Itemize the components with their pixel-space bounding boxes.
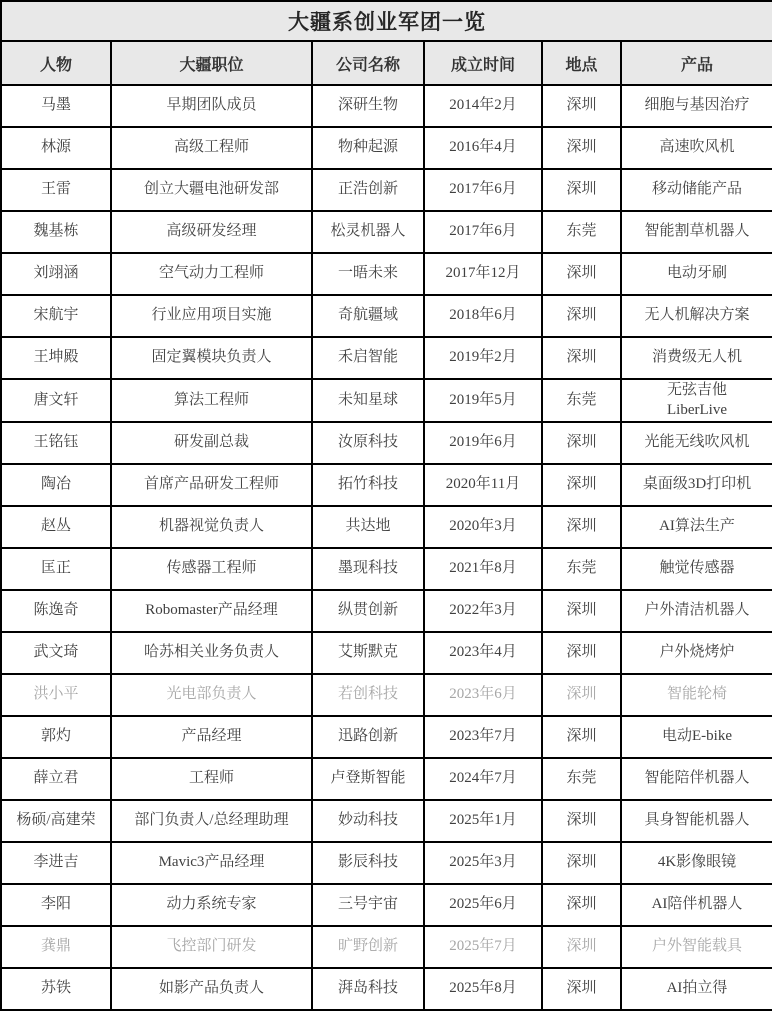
cell-position: 创立大疆电池研发部 (111, 169, 312, 211)
cell-person: 陈逸奇 (1, 590, 111, 632)
cell-founded: 2019年6月 (424, 422, 542, 464)
cell-product: 桌面级3D打印机 (621, 464, 772, 506)
cell-person: 王铭钰 (1, 422, 111, 464)
cell-product: 光能无线吹风机 (621, 422, 772, 464)
cell-product: 4K影像眼镜 (621, 842, 772, 884)
cell-position: 机器视觉负责人 (111, 506, 312, 548)
cell-company: 松灵机器人 (312, 211, 424, 253)
cell-founded: 2016年4月 (424, 127, 542, 169)
table-row: 王雷创立大疆电池研发部正浩创新2017年6月深圳移动储能产品 (1, 169, 772, 211)
table-row: 陈逸奇Robomaster产品经理纵贯创新2022年3月深圳户外清洁机器人 (1, 590, 772, 632)
cell-person: 王雷 (1, 169, 111, 211)
header-row: 人物 大疆职位 公司名称 成立时间 地点 产品 (1, 41, 772, 85)
cell-person: 唐文轩 (1, 379, 111, 422)
cell-location: 深圳 (542, 968, 621, 1010)
table-row: 洪小平光电部负责人若创科技2023年6月深圳智能轮椅 (1, 674, 772, 716)
cell-founded: 2025年3月 (424, 842, 542, 884)
cell-company: 旷野创新 (312, 926, 424, 968)
cell-location: 深圳 (542, 295, 621, 337)
table-title: 大疆系创业军团一览 (1, 1, 772, 41)
cell-location: 深圳 (542, 169, 621, 211)
cell-position: 研发副总裁 (111, 422, 312, 464)
cell-company: 妙动科技 (312, 800, 424, 842)
cell-person: 匡正 (1, 548, 111, 590)
cell-person: 赵丛 (1, 506, 111, 548)
cell-company: 奇航疆域 (312, 295, 424, 337)
cell-company: 正浩创新 (312, 169, 424, 211)
cell-person: 李阳 (1, 884, 111, 926)
cell-location: 深圳 (542, 337, 621, 379)
cell-position: 如影产品负责人 (111, 968, 312, 1010)
cell-person: 马墨 (1, 85, 111, 127)
cell-product: 户外烧烤炉 (621, 632, 772, 674)
cell-person: 武文琦 (1, 632, 111, 674)
cell-founded: 2019年2月 (424, 337, 542, 379)
cell-product: AI算法生产 (621, 506, 772, 548)
cell-product: 电动牙刷 (621, 253, 772, 295)
cell-product: 无弦吉他 LiberLive (621, 379, 772, 422)
cell-location: 深圳 (542, 253, 621, 295)
cell-location: 深圳 (542, 464, 621, 506)
cell-location: 深圳 (542, 884, 621, 926)
cell-position: 飞控部门研发 (111, 926, 312, 968)
cell-product: 消费级无人机 (621, 337, 772, 379)
cell-person: 杨硕/高建荣 (1, 800, 111, 842)
cell-product: 户外清洁机器人 (621, 590, 772, 632)
cell-person: 李进吉 (1, 842, 111, 884)
table-row: 王铭钰研发副总裁汝原科技2019年6月深圳光能无线吹风机 (1, 422, 772, 464)
cell-product: 户外智能载具 (621, 926, 772, 968)
title-row: 大疆系创业军团一览 (1, 1, 772, 41)
cell-founded: 2025年6月 (424, 884, 542, 926)
table-body: 马墨早期团队成员深研生物2014年2月深圳细胞与基因治疗林源高级工程师物种起源2… (1, 85, 772, 1010)
cell-founded: 2022年3月 (424, 590, 542, 632)
cell-location: 深圳 (542, 590, 621, 632)
cell-person: 陶冶 (1, 464, 111, 506)
cell-location: 东莞 (542, 548, 621, 590)
cell-company: 卢登斯智能 (312, 758, 424, 800)
cell-product: 具身智能机器人 (621, 800, 772, 842)
cell-position: 传感器工程师 (111, 548, 312, 590)
cell-company: 艾斯默克 (312, 632, 424, 674)
dji-alumni-table: 大疆系创业军团一览 人物 大疆职位 公司名称 成立时间 地点 产品 马墨早期团队… (0, 0, 772, 1011)
cell-location: 东莞 (542, 211, 621, 253)
cell-person: 魏基栋 (1, 211, 111, 253)
cell-product: 智能轮椅 (621, 674, 772, 716)
cell-product: 触觉传感器 (621, 548, 772, 590)
cell-product: AI拍立得 (621, 968, 772, 1010)
table-row: 赵丛机器视觉负责人共达地2020年3月深圳AI算法生产 (1, 506, 772, 548)
cell-person: 龚鼎 (1, 926, 111, 968)
cell-founded: 2023年4月 (424, 632, 542, 674)
cell-company: 纵贯创新 (312, 590, 424, 632)
column-header-product: 产品 (621, 41, 772, 85)
table-row: 陶冶首席产品研发工程师拓竹科技2020年11月深圳桌面级3D打印机 (1, 464, 772, 506)
cell-position: 首席产品研发工程师 (111, 464, 312, 506)
cell-position: 哈苏相关业务负责人 (111, 632, 312, 674)
cell-person: 薛立君 (1, 758, 111, 800)
cell-position: 高级研发经理 (111, 211, 312, 253)
cell-location: 深圳 (542, 85, 621, 127)
cell-location: 深圳 (542, 506, 621, 548)
cell-position: 动力系统专家 (111, 884, 312, 926)
cell-founded: 2025年8月 (424, 968, 542, 1010)
cell-company: 禾启智能 (312, 337, 424, 379)
cell-location: 深圳 (542, 926, 621, 968)
cell-person: 林源 (1, 127, 111, 169)
cell-product: 电动E-bike (621, 716, 772, 758)
column-header-location: 地点 (542, 41, 621, 85)
table-row: 宋航宇行业应用项目实施奇航疆域2018年6月深圳无人机解决方案 (1, 295, 772, 337)
cell-company: 汝原科技 (312, 422, 424, 464)
cell-location: 东莞 (542, 758, 621, 800)
cell-location: 深圳 (542, 127, 621, 169)
table-row: 马墨早期团队成员深研生物2014年2月深圳细胞与基因治疗 (1, 85, 772, 127)
cell-company: 深研生物 (312, 85, 424, 127)
cell-founded: 2023年7月 (424, 716, 542, 758)
cell-company: 三号宇宙 (312, 884, 424, 926)
cell-company: 共达地 (312, 506, 424, 548)
cell-product: 无人机解决方案 (621, 295, 772, 337)
cell-position: 空气动力工程师 (111, 253, 312, 295)
cell-company: 拓竹科技 (312, 464, 424, 506)
cell-company: 一晤未来 (312, 253, 424, 295)
cell-position: 算法工程师 (111, 379, 312, 422)
column-header-position: 大疆职位 (111, 41, 312, 85)
cell-founded: 2018年6月 (424, 295, 542, 337)
cell-location: 深圳 (542, 422, 621, 464)
cell-location: 东莞 (542, 379, 621, 422)
cell-location: 深圳 (542, 800, 621, 842)
table-row: 龚鼎飞控部门研发旷野创新2025年7月深圳户外智能载具 (1, 926, 772, 968)
cell-location: 深圳 (542, 632, 621, 674)
table-row: 魏基栋高级研发经理松灵机器人2017年6月东莞智能割草机器人 (1, 211, 772, 253)
cell-person: 洪小平 (1, 674, 111, 716)
table-row: 武文琦哈苏相关业务负责人艾斯默克2023年4月深圳户外烧烤炉 (1, 632, 772, 674)
cell-person: 刘翊涵 (1, 253, 111, 295)
cell-position: Robomaster产品经理 (111, 590, 312, 632)
column-header-founded: 成立时间 (424, 41, 542, 85)
cell-position: 产品经理 (111, 716, 312, 758)
cell-position: Mavic3产品经理 (111, 842, 312, 884)
cell-company: 迅路创新 (312, 716, 424, 758)
table-row: 匡正传感器工程师墨现科技2021年8月东莞触觉传感器 (1, 548, 772, 590)
cell-product: 移动储能产品 (621, 169, 772, 211)
cell-company: 湃岛科技 (312, 968, 424, 1010)
cell-location: 深圳 (542, 674, 621, 716)
cell-founded: 2017年12月 (424, 253, 542, 295)
cell-position: 行业应用项目实施 (111, 295, 312, 337)
table-row: 李进吉Mavic3产品经理影辰科技2025年3月深圳4K影像眼镜 (1, 842, 772, 884)
cell-company: 若创科技 (312, 674, 424, 716)
cell-product: 细胞与基因治疗 (621, 85, 772, 127)
cell-company: 墨现科技 (312, 548, 424, 590)
cell-location: 深圳 (542, 716, 621, 758)
cell-person: 宋航宇 (1, 295, 111, 337)
cell-product: AI陪伴机器人 (621, 884, 772, 926)
table-row: 薛立君工程师卢登斯智能2024年7月东莞智能陪伴机器人 (1, 758, 772, 800)
cell-position: 高级工程师 (111, 127, 312, 169)
cell-position: 早期团队成员 (111, 85, 312, 127)
cell-founded: 2020年11月 (424, 464, 542, 506)
column-header-company: 公司名称 (312, 41, 424, 85)
cell-founded: 2025年1月 (424, 800, 542, 842)
table-row: 苏铁如影产品负责人湃岛科技2025年8月深圳AI拍立得 (1, 968, 772, 1010)
cell-person: 苏铁 (1, 968, 111, 1010)
cell-founded: 2023年6月 (424, 674, 542, 716)
cell-position: 工程师 (111, 758, 312, 800)
cell-person: 郭灼 (1, 716, 111, 758)
cell-product: 智能陪伴机器人 (621, 758, 772, 800)
cell-founded: 2014年2月 (424, 85, 542, 127)
cell-location: 深圳 (542, 842, 621, 884)
cell-founded: 2020年3月 (424, 506, 542, 548)
column-header-person: 人物 (1, 41, 111, 85)
cell-position: 固定翼模块负责人 (111, 337, 312, 379)
cell-founded: 2021年8月 (424, 548, 542, 590)
table-row: 郭灼产品经理迅路创新2023年7月深圳电动E-bike (1, 716, 772, 758)
cell-position: 光电部负责人 (111, 674, 312, 716)
cell-founded: 2024年7月 (424, 758, 542, 800)
table-row: 林源高级工程师物种起源2016年4月深圳高速吹风机 (1, 127, 772, 169)
table-row: 王坤殿固定翼模块负责人禾启智能2019年2月深圳消费级无人机 (1, 337, 772, 379)
cell-company: 物种起源 (312, 127, 424, 169)
cell-product: 高速吹风机 (621, 127, 772, 169)
table-row: 李阳动力系统专家三号宇宙2025年6月深圳AI陪伴机器人 (1, 884, 772, 926)
cell-founded: 2017年6月 (424, 211, 542, 253)
cell-product: 智能割草机器人 (621, 211, 772, 253)
cell-position: 部门负责人/总经理助理 (111, 800, 312, 842)
cell-company: 未知星球 (312, 379, 424, 422)
cell-founded: 2025年7月 (424, 926, 542, 968)
cell-company: 影辰科技 (312, 842, 424, 884)
cell-founded: 2017年6月 (424, 169, 542, 211)
table-row: 杨硕/高建荣部门负责人/总经理助理妙动科技2025年1月深圳具身智能机器人 (1, 800, 772, 842)
table-row: 刘翊涵空气动力工程师一晤未来2017年12月深圳电动牙刷 (1, 253, 772, 295)
table-row: 唐文轩算法工程师未知星球2019年5月东莞无弦吉他 LiberLive (1, 379, 772, 422)
cell-person: 王坤殿 (1, 337, 111, 379)
cell-founded: 2019年5月 (424, 379, 542, 422)
